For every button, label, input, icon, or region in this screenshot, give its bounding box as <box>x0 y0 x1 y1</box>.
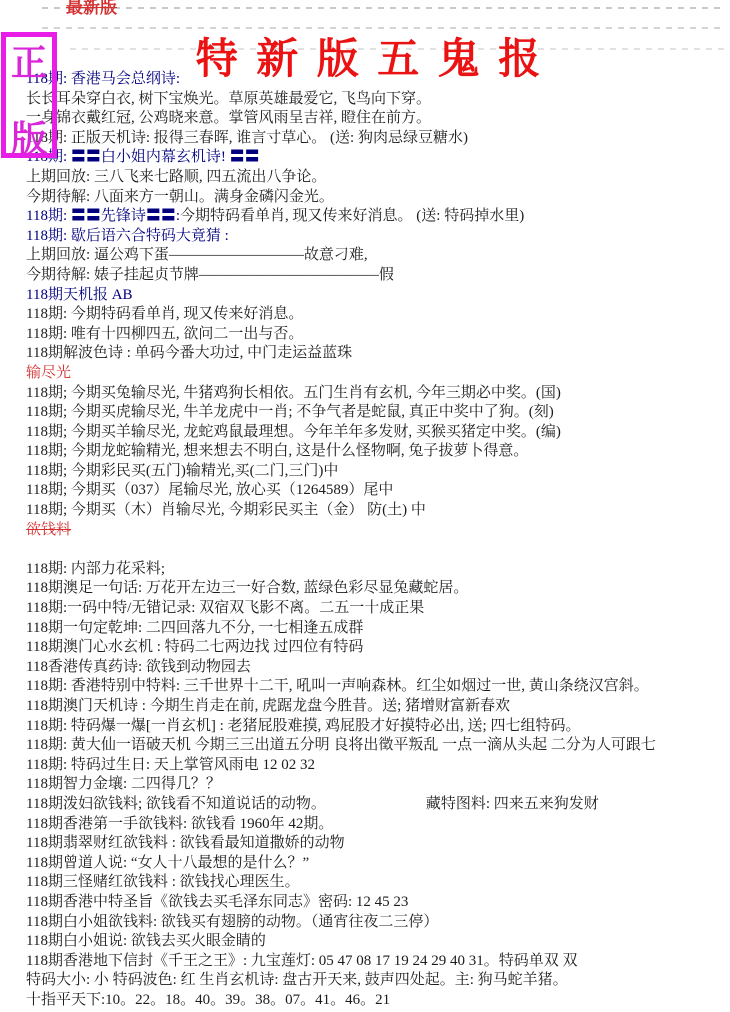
line-segment: 一身锦衣戴红冠, 公鸡晓来意。掌管风雨呈吉祥, 瞪住在前方。 <box>26 109 431 129</box>
report-body: 118期: 香港马会总纲诗:长长耳朵穿白衣, 树下宝焕光。草原英雄最爱它, 飞鸟… <box>26 70 728 1011</box>
line-segment: 输尽光 <box>26 364 71 384</box>
report-line: 118期香港地下信封《千王之王》: 九宝莲灯: 05 47 08 17 19 2… <box>26 952 728 972</box>
tip-sheet-page: 最新版 特 新 版 五 鬼 报 正 版 118期: 香港马会总纲诗:长长耳朵穿白… <box>0 0 730 1012</box>
line-segment: 118期三怪赌红欲钱料 : 欲钱找心理医生。 <box>26 873 300 893</box>
report-line: 上期回放: 逼公鸡下蛋—————————故意刁难, <box>26 246 728 266</box>
report-line: 118期三怪赌红欲钱料 : 欲钱找心理医生。 <box>26 873 728 893</box>
line-segment: 118期; 今期买羊输尽光, 龙蛇鸡鼠最理想。今年羊年多发财, 买猴买猪定中奖。… <box>26 423 561 443</box>
line-segment: 今期待解: 婊子挂起贞节牌————————————假 <box>26 266 394 286</box>
stamp-char-zheng: 正 <box>6 45 52 81</box>
report-line: 118期; 今期买羊输尽光, 龙蛇鸡鼠最理想。今年羊年多发财, 买猴买猪定中奖。… <box>26 423 728 443</box>
report-line: 118期; 今期彩民买(五门)输精光,买(二门,三门)中 <box>26 462 728 482</box>
report-line: 118期泼妇欲钱料; 欲钱看不知道说话的动物。藏特图料: 四来五来狗发财 <box>26 795 728 815</box>
report-line: 118期: 香港马会总纲诗: <box>26 70 728 90</box>
line-segment: 今期特码看单肖, 现又传来好消息。 (送: 特码掉水里) <box>180 207 524 227</box>
line-segment: 今期待解: 八面来方一朝山。满身金磷闪金光。 <box>26 188 334 208</box>
report-line: 特码大小: 小 特码波色: 红 生肖玄机诗: 盘古开天来, 鼓声四处起。主: 狗… <box>26 971 728 991</box>
line-segment: 118期澳足一句话: 万花开左边三一好合数, 蓝绿色彩尽显兔藏蛇居。 <box>26 579 468 599</box>
line-segment: 118期; 今期彩民买(五门)输精光,买(二门,三门)中 <box>26 462 338 482</box>
report-line: 118期; 今期买虎输尽光, 牛羊龙虎中一肖; 不争气者是蛇鼠, 真正中奖中了狗… <box>26 403 728 423</box>
line-segment: 118期: 今期特码看单肖, 现又传来好消息。 <box>26 305 303 325</box>
line-segment: 上期回放: 逼公鸡下蛋—————————故意刁难, <box>26 246 368 266</box>
line-segment: 118期: 正版天机诗: 报得三春晖, 谁言寸草心。 (送: 狗肉忌绿豆糖水) <box>26 129 468 149</box>
line-segment: 特码大小: 小 特码波色: 红 生肖玄机诗: 盘古开天来, 鼓声四处起。主: 狗… <box>26 971 568 991</box>
line-segment: 118期泼妇欲钱料; 欲钱看不知道说话的动物。 <box>26 795 326 815</box>
report-line: 118期曾道人说: “女人十八最想的是什么？” <box>26 854 728 874</box>
line-segment: 藏特图料: 四来五来狗发财 <box>426 795 599 815</box>
report-line: 118期天机报 AB <box>26 286 728 306</box>
line-segment: 118期; 今期买（037）尾输尽光, 放心买（1264589）尾中 <box>26 481 393 501</box>
report-line: 上期回放: 三八飞来七路顺, 四五流出八争论。 <box>26 168 728 188</box>
line-segment: 118期澳门心水玄机 : 特码二七两边找 过四位有特码 <box>26 638 363 658</box>
report-line: 118期: 〓〓白小姐内幕玄机诗! 〓〓 <box>26 148 728 168</box>
line-segment: 118期: 〓〓白小姐内幕玄机诗! 〓〓 <box>26 148 260 168</box>
report-line: 118香港传真药诗: 欲钱到动物园去 <box>26 658 728 678</box>
report-line: 118期白小姐欲钱料: 欲钱买有翅膀的动物。（通宵往夜二三停） <box>26 913 728 933</box>
report-line: 118期: 今期特码看单肖, 现又传来好消息。 <box>26 305 728 325</box>
report-line: 118期:一码中特/无错记录: 双宿双飞影不离。二五一十成正果 <box>26 599 728 619</box>
line-segment: 118期一句定乾坤: 二四回落九不分, 一七相逢五成群 <box>26 619 363 639</box>
report-line: 118期香港第一手欲钱料: 欲钱看 1960年 42期。 <box>26 815 728 835</box>
report-line: 118期: 特码爆一爆[一肖玄机] : 老猪屁股难摸, 鸡屁股才好摸特必出, 送… <box>26 717 728 737</box>
report-line: 118期澳足一句话: 万花开左边三一好合数, 蓝绿色彩尽显兔藏蛇居。 <box>26 579 728 599</box>
line-segment: 118期; 今期龙蛇输精光, 想来想去不明白, 这是什么怪物啊, 兔子拔萝卜得意… <box>26 442 528 462</box>
report-line: 长长耳朵穿白衣, 树下宝焕光。草原英雄最爱它, 飞鸟向下穿。 <box>26 90 728 110</box>
report-line: 118期澳门天机诗 : 今期生肖走在前, 虎踞龙盘今胜昔。送; 猪增财富新春欢 <box>26 697 728 717</box>
line-segment: 十指平天下:10。22。18。40。39。38。07。41。46。21 <box>26 991 390 1011</box>
genuine-edition-stamp: 正 版 <box>1 32 57 158</box>
report-line: 118期; 今期买（木）肖输尽光, 今期彩民买主（金） 防(土) 中 <box>26 501 728 521</box>
line-segment: 118期: 〓〓先锋诗〓〓: <box>26 207 180 227</box>
line-segment: 118期; 今期买虎输尽光, 牛羊龙虎中一肖; 不争气者是蛇鼠, 真正中奖中了狗… <box>26 403 554 423</box>
report-line: 今期待解: 八面来方一朝山。满身金磷闪金光。 <box>26 188 728 208</box>
report-line: 118期: 唯有十四柳四五, 欲问二一出与否。 <box>26 325 728 345</box>
report-line: 118期; 今期龙蛇输精光, 想来想去不明白, 这是什么怪物啊, 兔子拔萝卜得意… <box>26 442 728 462</box>
line-segment: 欲钱料 <box>26 521 71 541</box>
line-segment: 118期翡翠财红欲钱料 : 欲钱看最知道撒娇的动物 <box>26 834 345 854</box>
line-segment: 118期:一码中特/无错记录: 双宿双飞影不离。二五一十成正果 <box>26 599 424 619</box>
line-segment: 118期曾道人说: “女人十八最想的是什么？” <box>26 854 309 874</box>
report-line: 118期: 黄大仙一语破天机 今期三三出道五分明 良将出徵平叛乱 一点一滴从头起… <box>26 736 728 756</box>
line-segment: 118期白小姐说: 欲钱去买火眼金睛的 <box>26 932 266 952</box>
report-line: 118期一句定乾坤: 二四回落九不分, 一七相逢五成群 <box>26 619 728 639</box>
line-segment: 118期: 内部力花采料; <box>26 560 165 580</box>
stamp-char-ban: 版 <box>6 121 52 157</box>
report-line: 今期待解: 婊子挂起贞节牌————————————假 <box>26 266 728 286</box>
report-line: 118期白小姐说: 欲钱去买火眼金睛的 <box>26 932 728 952</box>
line-segment: 118期香港中特圣旨《欲钱去买毛泽东同志》密码: 12 45 23 <box>26 893 408 913</box>
report-line: 118期; 今期买兔输尽光, 牛猪鸡狗长相依。五门生肖有玄机, 今年三期必中奖。… <box>26 384 728 404</box>
line-segment: 118期白小姐欲钱料: 欲钱买有翅膀的动物。（通宵往夜二三停） <box>26 913 438 933</box>
report-line: 118期: 特码过生日: 天上掌管风雨电 12 02 32 <box>26 756 728 776</box>
line-segment: 上期回放: 三八飞来七路顺, 四五流出八争论。 <box>26 168 326 188</box>
report-line: 118期; 今期买（037）尾输尽光, 放心买（1264589）尾中 <box>26 481 728 501</box>
line-segment: 118期: 歇后语六合特码大竟猜 : <box>26 227 229 247</box>
report-line: 118期香港中特圣旨《欲钱去买毛泽东同志》密码: 12 45 23 <box>26 893 728 913</box>
line-segment: 118期香港地下信封《千王之王》: 九宝莲灯: 05 47 08 17 19 2… <box>26 952 578 972</box>
artifact-dashed-line <box>42 7 726 9</box>
report-line: 118期: 〓〓先锋诗〓〓: 今期特码看单肖, 现又传来好消息。 (送: 特码掉… <box>26 207 728 227</box>
report-line: 十指平天下:10。22。18。40。39。38。07。41。46。21 <box>26 991 728 1011</box>
report-line: 118期澳门心水玄机 : 特码二七两边找 过四位有特码 <box>26 638 728 658</box>
report-line: 118期: 歇后语六合特码大竟猜 : <box>26 227 728 247</box>
line-segment: 118期天机报 AB <box>26 286 133 306</box>
struck-out-label: 最新版 <box>66 0 117 18</box>
line-segment: 118期: 黄大仙一语破天机 今期三三出道五分明 良将出徵平叛乱 一点一滴从头起… <box>26 736 656 756</box>
line-segment: 118期智力金壤: 二四得几？？ <box>26 775 221 795</box>
report-line: 118期: 正版天机诗: 报得三春晖, 谁言寸草心。 (送: 狗肉忌绿豆糖水) <box>26 129 728 149</box>
report-line: 118期智力金壤: 二四得几？？ <box>26 775 728 795</box>
line-segment: 118期: 特码过生日: 天上掌管风雨电 12 02 32 <box>26 756 315 776</box>
report-line: 118期: 内部力花采料; <box>26 560 728 580</box>
line-segment: 118香港传真药诗: 欲钱到动物园去 <box>26 658 251 678</box>
report-line: 118期翡翠财红欲钱料 : 欲钱看最知道撒娇的动物 <box>26 834 728 854</box>
report-line: 118期: 香港特别中特料: 三千世界十二干, 吼叫一声响森林。红尘如烟过一世,… <box>26 677 728 697</box>
line-segment: 118期: 唯有十四柳四五, 欲问二一出与否。 <box>26 325 303 345</box>
report-line: 一身锦衣戴红冠, 公鸡晓来意。掌管风雨呈吉祥, 瞪住在前方。 <box>26 109 728 129</box>
report-line: 欲钱料 <box>26 521 728 541</box>
line-segment: 118期: 香港特别中特料: 三千世界十二干, 吼叫一声响森林。红尘如烟过一世,… <box>26 677 649 697</box>
line-segment: 长长耳朵穿白衣, 树下宝焕光。草原英雄最爱它, 飞鸟向下穿。 <box>26 90 431 110</box>
report-line: 输尽光 <box>26 364 728 384</box>
line-segment: 118期澳门天机诗 : 今期生肖走在前, 虎踞龙盘今胜昔。送; 猪增财富新春欢 <box>26 697 510 717</box>
line-segment: 118期; 今期买（木）肖输尽光, 今期彩民买主（金） 防(土) 中 <box>26 501 426 521</box>
report-line <box>26 540 728 560</box>
report-line: 118期解波色诗 : 单码今番大功过, 中门走运益蓝珠 <box>26 344 728 364</box>
line-segment: 118期; 今期买兔输尽光, 牛猪鸡狗长相依。五门生肖有玄机, 今年三期必中奖。… <box>26 384 561 404</box>
line-segment: 118期: 特码爆一爆[一肖玄机] : 老猪屁股难摸, 鸡屁股才好摸特必出, 送… <box>26 717 580 737</box>
line-segment: 118期香港第一手欲钱料: 欲钱看 1960年 42期。 <box>26 815 333 835</box>
line-segment: 118期解波色诗 : 单码今番大功过, 中门走运益蓝珠 <box>26 344 352 364</box>
